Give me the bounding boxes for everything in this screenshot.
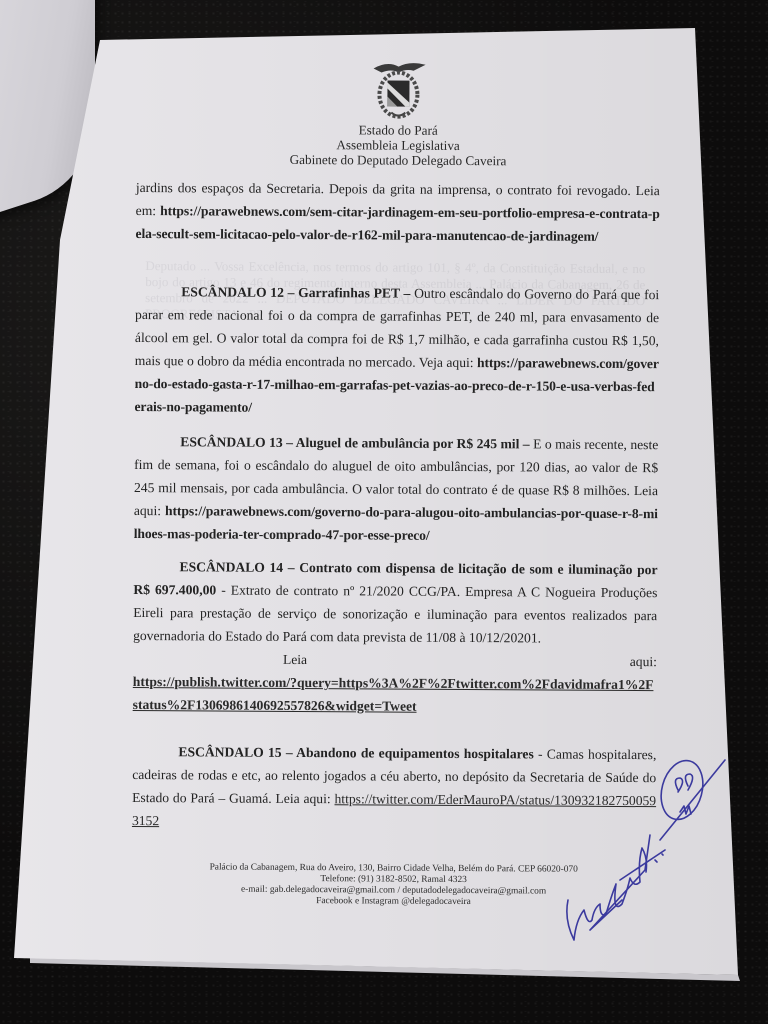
scandal-13-heading: ESCÂNDALO 13 – Aluguel de ambulância por… (180, 434, 529, 451)
letterhead-footer: Palácio da Cabanagem, Rua do Aveiro, 130… (183, 862, 603, 909)
scandal-14-read-label: Leia (283, 648, 307, 671)
letterhead: Estado do Pará Assembleia Legislativa Ga… (136, 57, 661, 169)
scandal-13-link[interactable]: https://parawebnews.com/governo-do-para-… (134, 503, 658, 543)
scandal-12-paragraph: ESCÂNDALO 12 – Garrafinhas PET – Outro e… (134, 280, 659, 421)
scandal-15-heading: ESCÂNDALO 15 – Abandono de equipamentos … (178, 744, 533, 761)
scandal-14-paragraph: ESCÂNDALO 14 – Contrato com dispensa de … (133, 555, 658, 719)
coat-of-arms-icon (367, 58, 429, 120)
scandal-13-paragraph: ESCÂNDALO 13 – Aluguel de ambulância por… (134, 430, 659, 548)
office-name: Gabinete do Deputado Delegado Caveira (136, 151, 660, 169)
intro-paragraph: jardins dos espaços da Secretaria. Depoi… (136, 176, 660, 248)
scandal-14-link[interactable]: https://publish.twitter.com/?query=https… (133, 674, 654, 714)
intro-link[interactable]: https://parawebnews.com/sem-citar-jardin… (136, 203, 660, 244)
scandal-12-heading: ESCÂNDALO 12 – Garrafinhas PET – (181, 284, 410, 300)
intro-text: jardins dos espaços da Secretaria. Depoi… (136, 180, 631, 198)
scandal-14-read-label-2: aqui: (630, 650, 657, 673)
handwritten-signature (560, 750, 730, 950)
